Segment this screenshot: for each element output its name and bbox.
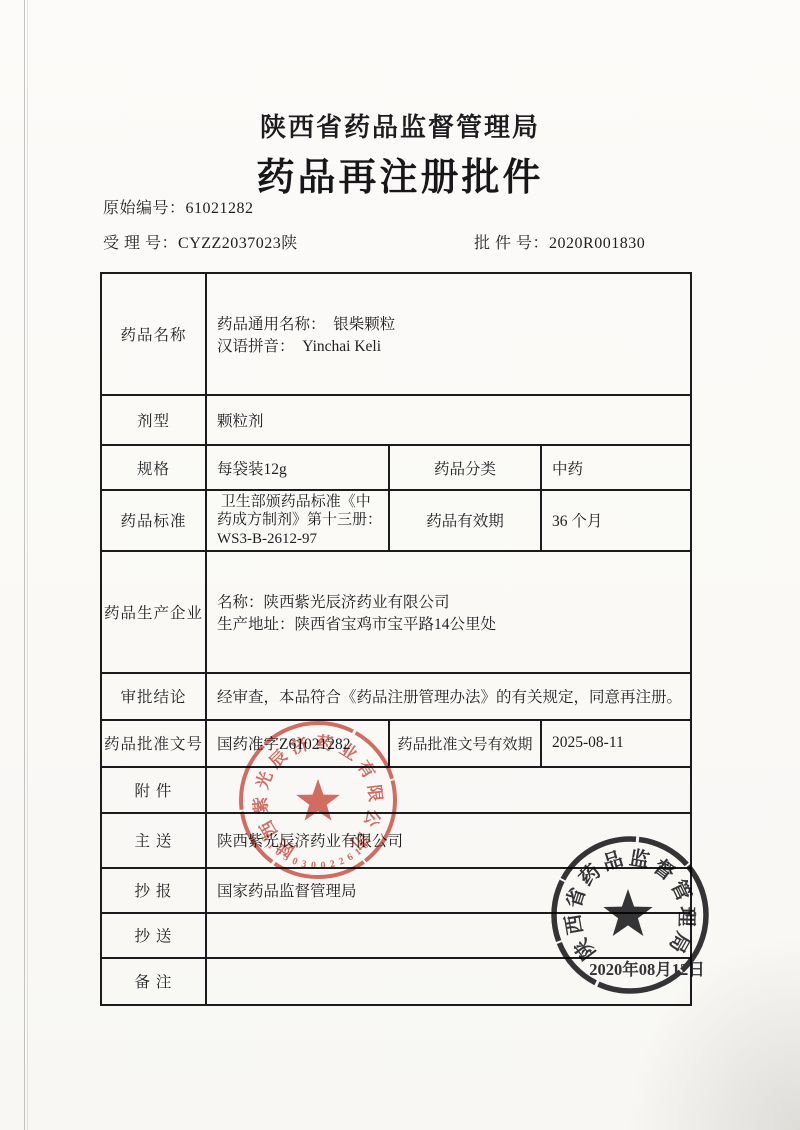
main-send-label-cell: 主 送 [101,813,206,868]
drug-approval-number-value-cell: 国药准字Z61021282 [206,720,389,767]
generic-name-line: 药品通用名称： 银柴颗粒 [217,312,684,334]
drug-name-value-cell: 药品通用名称： 银柴颗粒 汉语拼音： Yinchai Keli [206,273,691,395]
remarks-value-cell [206,958,691,1005]
copy-report-label-cell: 抄 报 [101,868,206,913]
conclusion-label-cell: 审批结论 [101,673,206,720]
table-row-attachment: 附 件 [101,767,691,813]
approval-number-label: 批 件 号： [474,235,549,252]
attachment-value-cell [206,767,691,813]
category-label-cell: 药品分类 [389,445,541,490]
specification-value-cell: 每袋装12g [206,445,389,490]
pinyin-line: 汉语拼音： Yinchai Keli [217,334,684,356]
manufacturer-label-cell: 药品生产企业 [101,551,206,673]
table-row-approval-number: 药品批准文号 国药准字Z61021282 药品批准文号有效期 2025-08-1… [101,720,691,767]
approval-number-line: 批 件 号：2020R001830 [474,230,645,253]
issuing-agency-name: 陕西省药品监督管理局 [0,107,800,144]
standard-value-cell: 卫生部颁药品标准《中药成方制剂》第十三册：WS3-B-2612-97 [206,490,389,551]
approval-validity-label-cell: 药品批准文号有效期 [389,720,541,767]
attachment-label-cell: 附 件 [101,767,206,813]
manufacturer-value-cell: 名称：陕西紫光辰济药业有限公司 生产地址：陕西省宝鸡市宝平路14公里处 [206,551,691,673]
approval-table: 药品名称 药品通用名称： 银柴颗粒 汉语拼音： Yinchai Keli 剂型 … [100,272,692,1006]
dosage-form-label-cell: 剂型 [101,395,206,445]
original-number-value: 61021282 [186,200,254,217]
acceptance-number-label: 受 理 号： [103,235,178,252]
table-row-manufacturer: 药品生产企业 名称：陕西紫光辰济药业有限公司 生产地址：陕西省宝鸡市宝平路14公… [101,551,691,673]
table-row-standard: 药品标准 卫生部颁药品标准《中药成方制剂》第十三册：WS3-B-2612-97 … [101,490,691,551]
standard-label-cell: 药品标准 [101,490,206,551]
table-row-copy-send: 抄 送 [101,913,691,958]
table-row-drug-name: 药品名称 药品通用名称： 银柴颗粒 汉语拼音： Yinchai Keli [101,273,691,395]
manufacturer-address-line: 生产地址：陕西省宝鸡市宝平路14公里处 [217,612,684,634]
approval-number-value: 2020R001830 [549,235,645,252]
copy-send-value-cell [206,913,691,958]
validity-label-cell: 药品有效期 [389,490,541,551]
table-row-main-send: 主 送 陕西紫光辰济药业有限公司 [101,813,691,868]
copy-report-value-cell: 国家药品监督管理局 [206,868,691,913]
document-title: 药品再注册批件 [0,146,800,201]
acceptance-number-line: 受 理 号：CYZZ2037023陕 [103,230,298,253]
conclusion-value-cell: 经审查，本品符合《药品注册管理办法》的有关规定，同意再注册。 [206,673,691,720]
scanned-approval-document: 陕西省药品监督管理局 药品再注册批件 原始编号：61021282 受 理 号：C… [0,0,800,1130]
dosage-form-value-cell: 颗粒剂 [206,395,691,445]
table-row-specification: 规格 每袋装12g 药品分类 中药 [101,445,691,490]
approval-validity-value-cell: 2025-08-11 [541,720,691,767]
table-row-remarks: 备 注 [101,958,691,1005]
validity-value-cell: 36 个月 [541,490,691,551]
original-number-label: 原始编号： [103,200,186,217]
original-number-line: 原始编号：61021282 [103,195,254,218]
table-row-copy-report: 抄 报 国家药品监督管理局 [101,868,691,913]
acceptance-number-value: CYZZ2037023陕 [178,235,298,252]
table-row-dosage-form: 剂型 颗粒剂 [101,395,691,445]
copy-send-label-cell: 抄 送 [101,913,206,958]
specification-label-cell: 规格 [101,445,206,490]
main-send-value-cell: 陕西紫光辰济药业有限公司 [206,813,691,868]
drug-name-label-cell: 药品名称 [101,273,206,395]
drug-approval-number-label-cell: 药品批准文号 [101,720,206,767]
manufacturer-name-line: 名称：陕西紫光辰济药业有限公司 [217,590,684,612]
category-value-cell: 中药 [541,445,691,490]
remarks-label-cell: 备 注 [101,958,206,1005]
table-row-conclusion: 审批结论 经审查，本品符合《药品注册管理办法》的有关规定，同意再注册。 [101,673,691,720]
